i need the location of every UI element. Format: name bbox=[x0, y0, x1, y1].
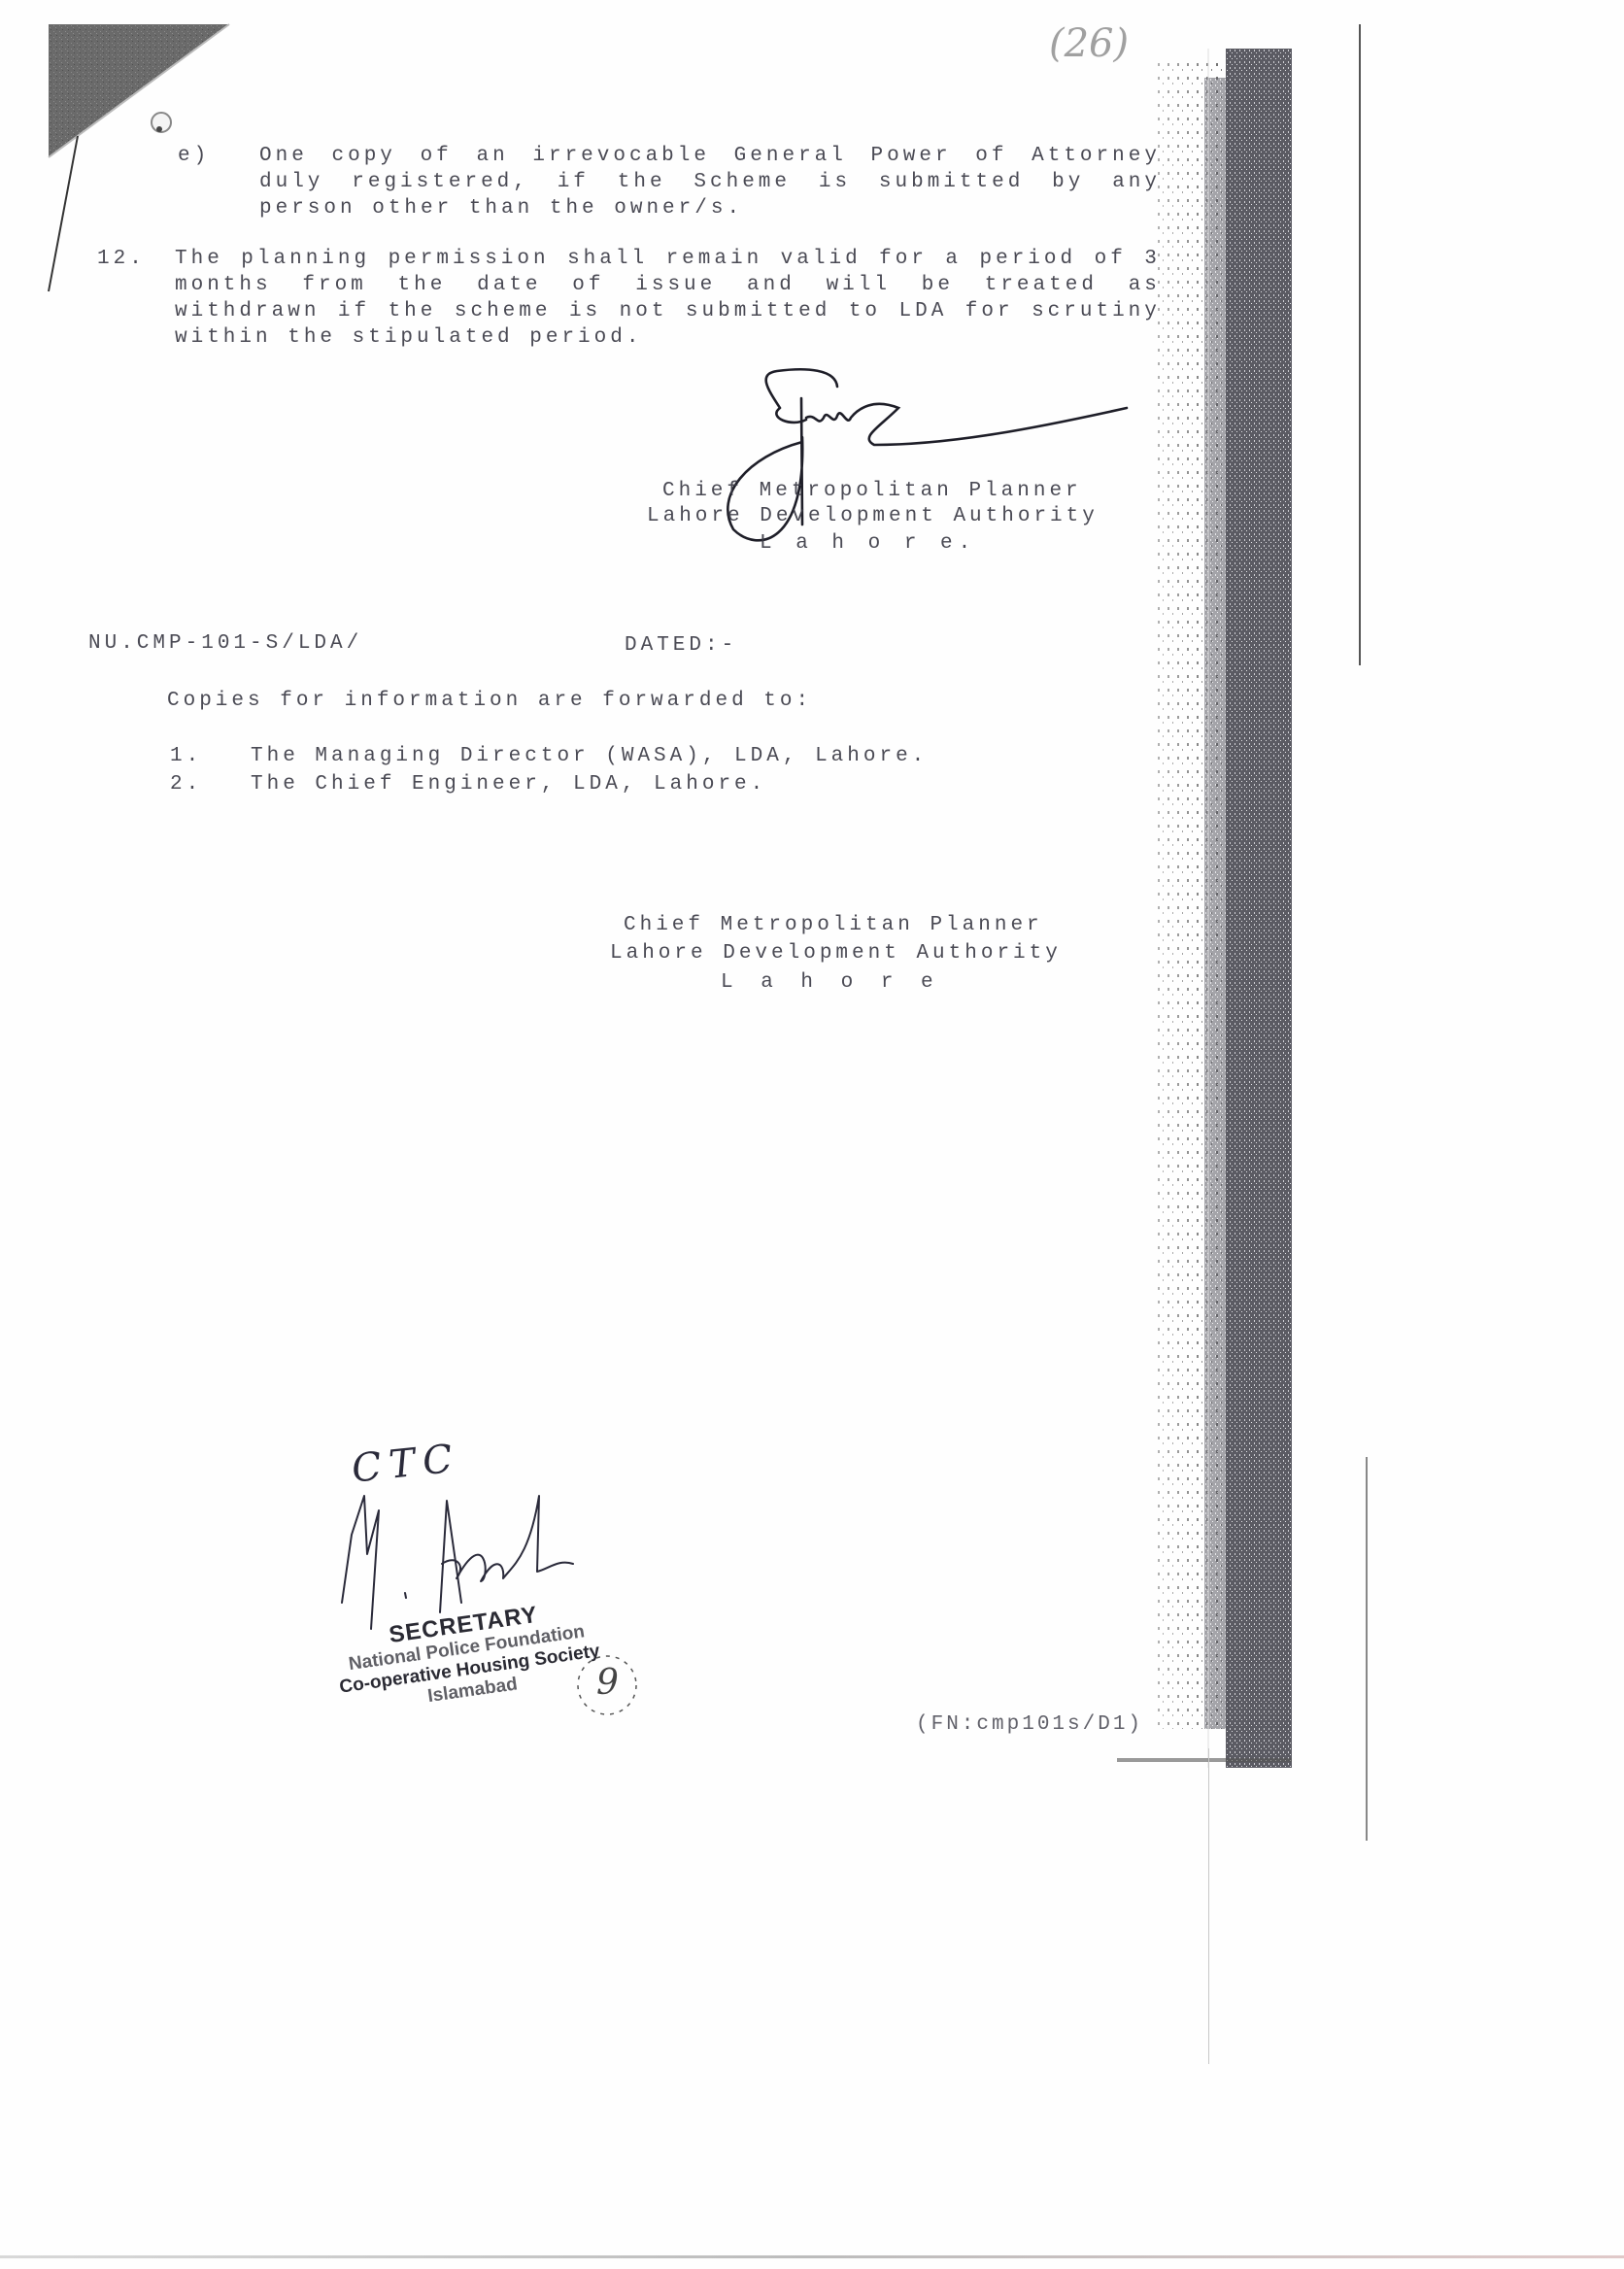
signatory-1-title: Chief Metropolitan Planner bbox=[662, 478, 1082, 504]
file-name-footer: (FN:cmp101s/D1) bbox=[916, 1711, 1143, 1738]
signatory-2-city: L a h o r e bbox=[721, 969, 941, 996]
paper-bottom-edge bbox=[0, 2255, 1624, 2258]
signatory-2-title: Chief Metropolitan Planner bbox=[624, 912, 1043, 938]
scanned-document-page: (26) e) OnecopyofanirrevocableGeneralPow… bbox=[0, 0, 1624, 2269]
scan-border-line-bottom bbox=[1366, 1457, 1368, 1841]
attestation-signature: M. Ashraf bbox=[0, 0, 680, 1748]
scan-guide-line bbox=[1208, 1748, 1209, 2064]
signatory-1-organization: Lahore Development Authority bbox=[647, 503, 1099, 529]
signatory-1-city: L a h o r e. bbox=[760, 530, 976, 557]
